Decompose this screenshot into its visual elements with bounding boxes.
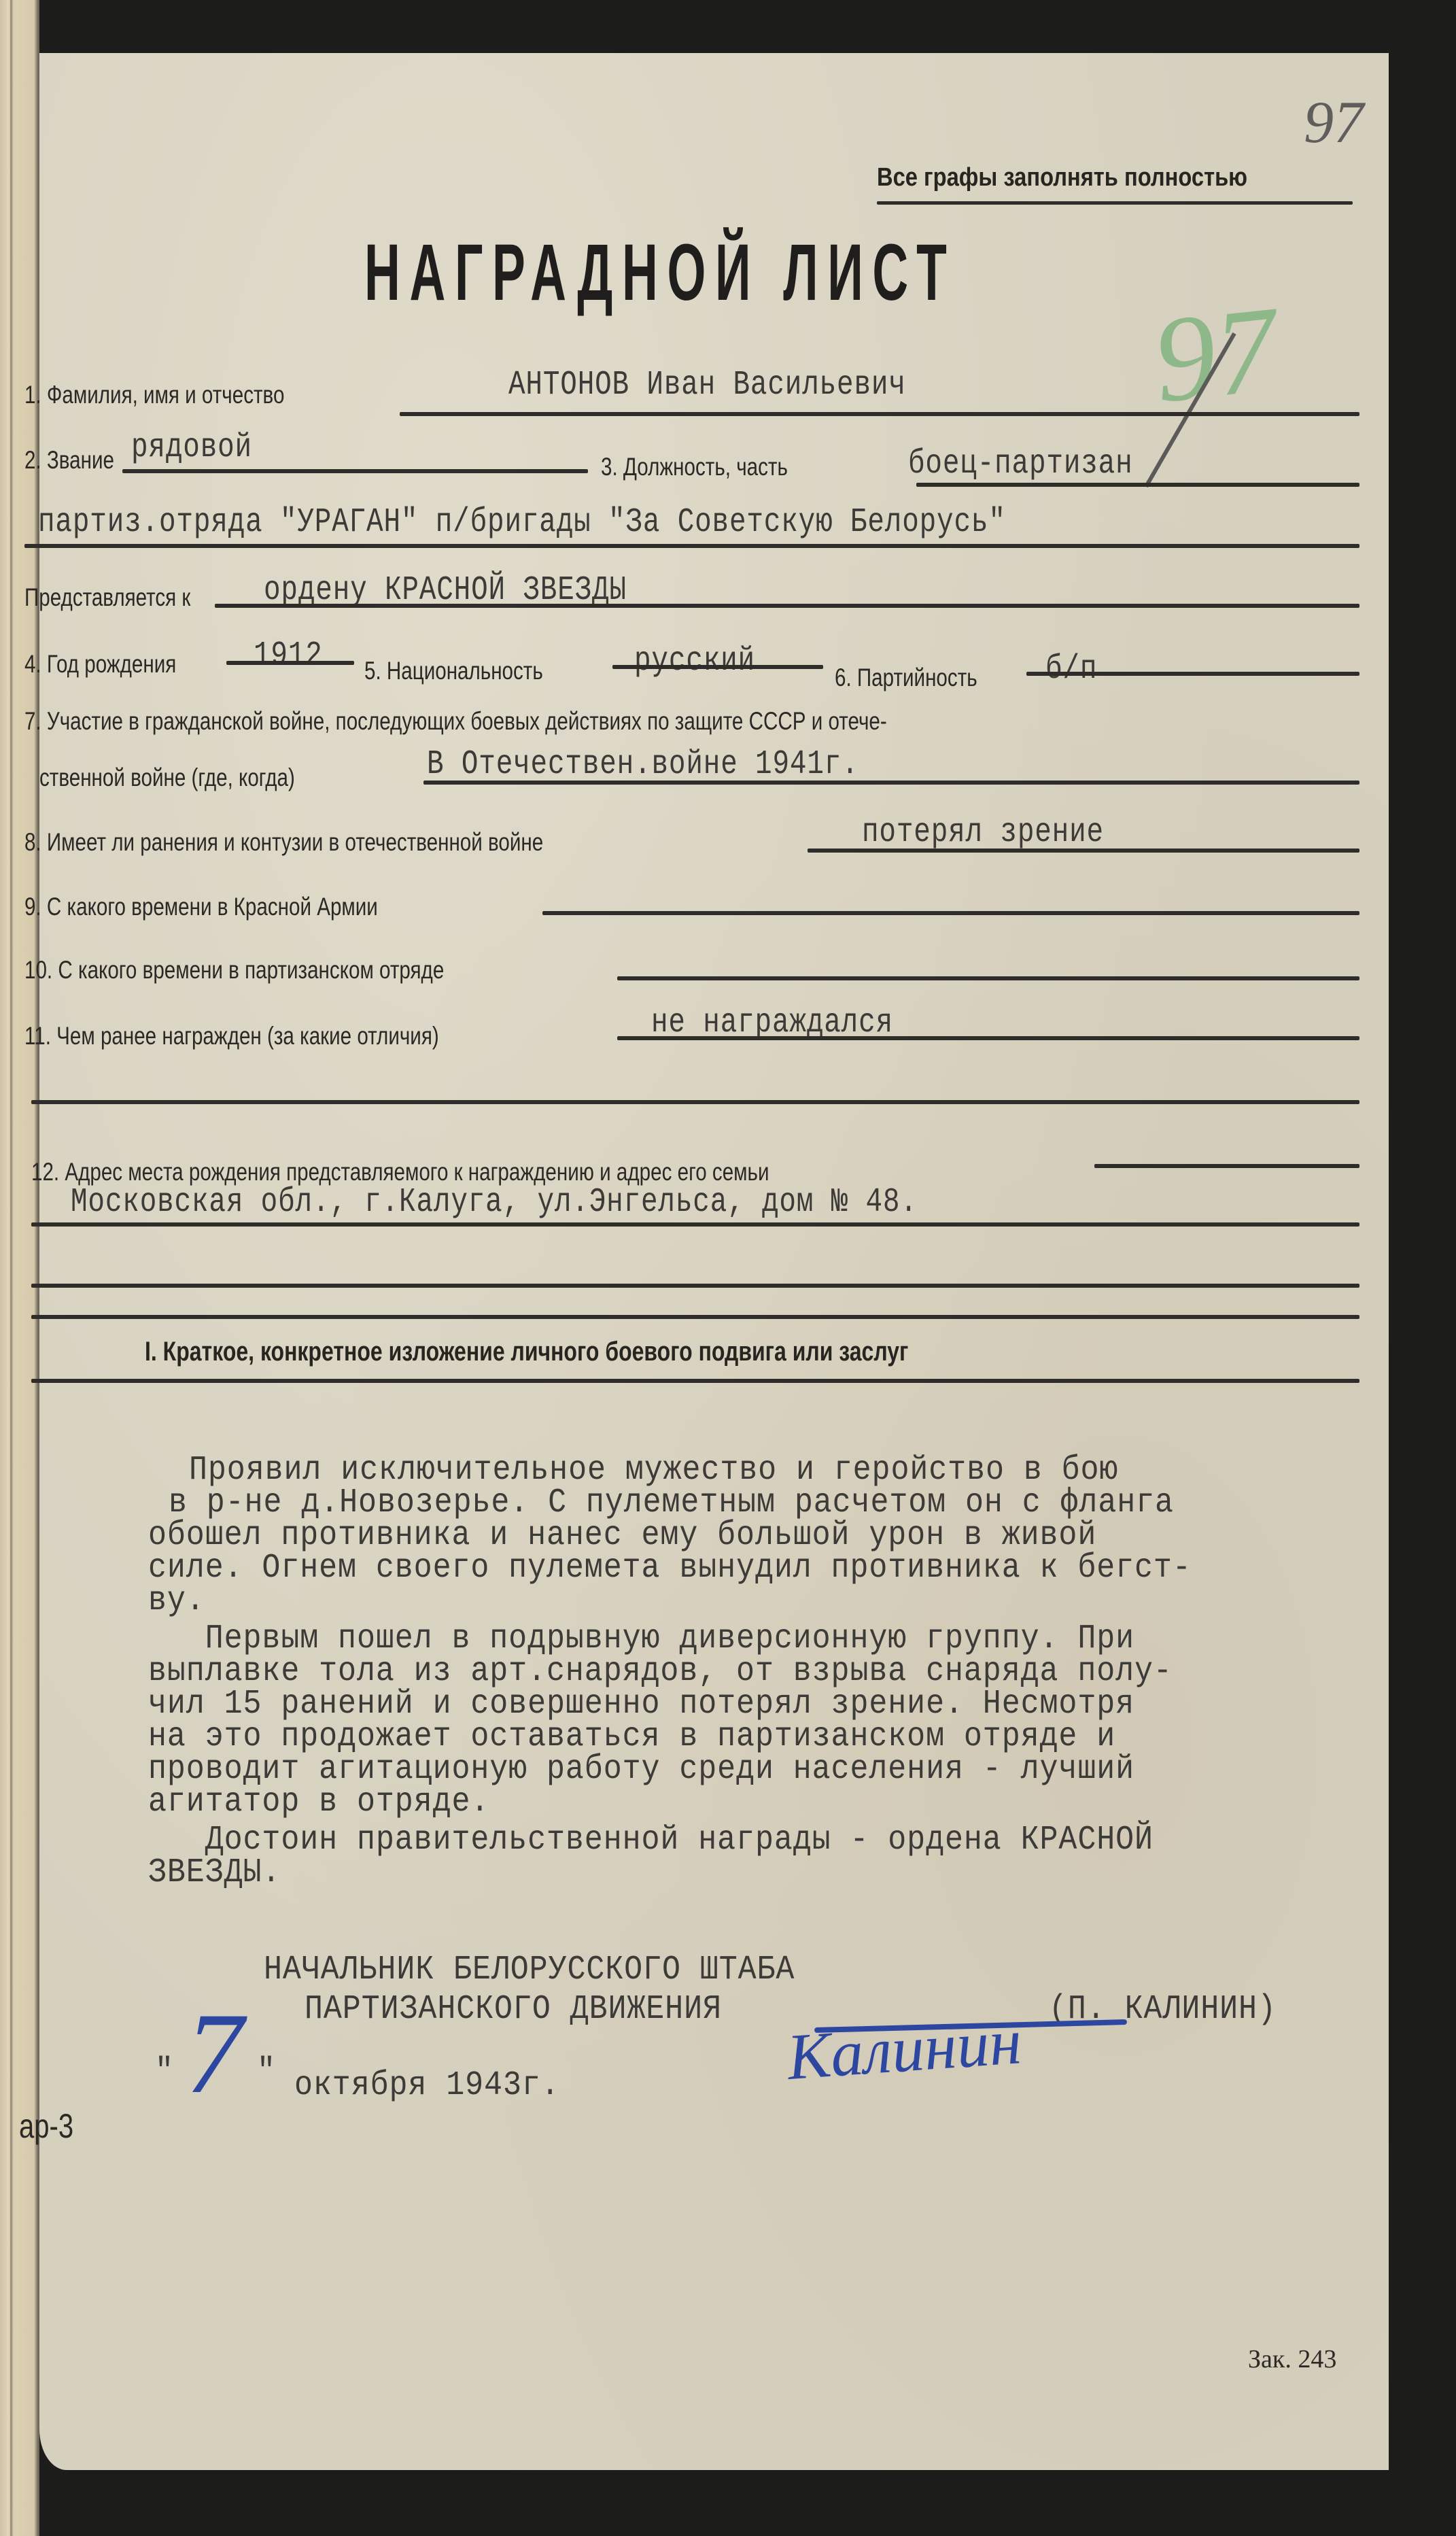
field-previous-awards-line xyxy=(617,1036,1359,1040)
field-war-participation-line xyxy=(423,781,1359,785)
field-birth-year-value[interactable]: 1912 xyxy=(254,636,323,675)
narrative-line: чил 15 ранений и совершенно потерял зрен… xyxy=(148,1687,1192,1721)
field-party-label: 6. Партийность xyxy=(835,664,977,692)
award-sheet: 97 Все графы заполнять полностью НАГРАДН… xyxy=(39,53,1389,2470)
field-birth-year-label: 4. Год рождения xyxy=(24,650,176,679)
narrative-line: выплавке тола из арт.снарядов, от взрыва… xyxy=(148,1655,1192,1689)
field-name-value[interactable]: АНТОНОВ Иван Васильевич xyxy=(508,366,906,405)
date-day: 7 xyxy=(186,1987,243,2120)
field-previous-awards-line-2 xyxy=(31,1100,1359,1104)
field-war-participation-value[interactable]: В Отечествен.войне 1941г. xyxy=(427,745,859,784)
narrative-line: Первым пошел в подрывную диверсионную гр… xyxy=(148,1622,1192,1656)
field-address-line-4 xyxy=(31,1315,1359,1319)
field-position-line xyxy=(916,483,1359,487)
field-war-participation-label-1: 7. Участие в гражданской войне, последую… xyxy=(24,707,887,736)
field-rank-label: 2. Звание xyxy=(24,446,114,475)
field-wounds-label: 8. Имеет ли ранения и контузии в отечест… xyxy=(24,828,543,857)
field-position-label: 3. Должность, часть xyxy=(601,453,788,481)
field-address-line-2 xyxy=(31,1222,1359,1227)
narrative-block: Проявил исключительное мужество и геройс… xyxy=(189,1454,1348,1890)
signer-position-line-2: ПАРТИЗАНСКОГО ДВИЖЕНИЯ xyxy=(305,1993,722,2027)
field-party-line xyxy=(1026,672,1359,676)
field-war-participation-label-2: ственной войне (где, когда) xyxy=(39,764,295,792)
field-address-label: 12. Адрес места рождения представляемого… xyxy=(31,1158,769,1186)
field-rank-value[interactable]: рядовой xyxy=(131,428,252,467)
narrative-line: ЗВЕЗДЫ. xyxy=(148,1856,1192,1890)
field-birth-year-line xyxy=(226,661,354,665)
field-name-label: 1. Фамилия, имя и отчество xyxy=(24,381,284,409)
field-address-line-3 xyxy=(31,1284,1359,1288)
field-nationality-line xyxy=(612,665,823,669)
instruction-text: Все графы заполнять полностью xyxy=(877,163,1247,192)
date-text: октября 1943г. xyxy=(294,2069,560,2103)
green-pencil-number: 97 xyxy=(1147,278,1284,431)
field-wounds-line xyxy=(808,849,1359,853)
narrative-line: силе. Огнем своего пулемета вынудил прот… xyxy=(148,1552,1192,1586)
narrative-line: агитатор в отряде. xyxy=(148,1785,1192,1819)
field-nationality-label: 5. Национальность xyxy=(364,657,543,685)
presented-to-label: Представляется к xyxy=(24,583,190,612)
field-unit-value[interactable]: партиз.отряда "УРАГАН" п/бригады "За Сов… xyxy=(38,503,1006,542)
narrative-line: на это продожает оставаться в партизанск… xyxy=(148,1720,1192,1754)
section-heading-line xyxy=(31,1379,1359,1383)
field-partisan-since-line xyxy=(617,976,1359,980)
field-rank-line xyxy=(122,469,588,473)
field-name-line xyxy=(400,412,1359,416)
field-address-value[interactable]: Московская обл., г.Калуга, ул.Энгельса, … xyxy=(71,1183,918,1222)
page-title: НАГРАДНОЙ ЛИСТ xyxy=(364,226,956,319)
date-close-quote: " xyxy=(257,2055,276,2089)
narrative-line: ву. xyxy=(148,1584,1192,1618)
presented-to-line xyxy=(215,604,1359,608)
print-order-number: Зак. 243 xyxy=(1248,2344,1336,2374)
signature: Калинин xyxy=(785,2003,1024,2095)
archive-code: ар-3 xyxy=(19,2106,73,2146)
section-heading: I. Краткое, конкретное изложение личного… xyxy=(145,1337,908,1367)
field-nationality-value[interactable]: русский xyxy=(634,642,755,681)
field-partisan-since-label: 10. С какого времени в партизанском отря… xyxy=(24,956,444,984)
field-previous-awards-label: 11. Чем ранее награжден (за какие отличи… xyxy=(24,1022,439,1050)
field-position-value[interactable]: боец-партизан xyxy=(908,445,1133,483)
field-red-army-since-label: 9. С какого времени в Красной Армии xyxy=(24,893,378,921)
narrative-line: Достоин правительственной награды - орде… xyxy=(148,1823,1192,1857)
field-red-army-since-line xyxy=(542,911,1359,915)
field-unit-line xyxy=(24,544,1359,548)
narrative-line: Проявил исключительное мужество и геройс… xyxy=(189,1454,1232,1488)
narrative-line: в р-не д.Новозерье. С пулеметным расчето… xyxy=(169,1486,1212,1520)
narrative-line: обошел противника и нанес ему большой ур… xyxy=(148,1519,1192,1553)
narrative-line: проводит агитационую работу среди населе… xyxy=(148,1753,1192,1787)
field-address-line-1 xyxy=(1094,1164,1359,1168)
date-open-quote: " xyxy=(155,2055,174,2089)
field-party-value[interactable]: б/п xyxy=(1045,650,1097,689)
archive-page-number: 97 xyxy=(1304,88,1364,157)
instruction-underline xyxy=(877,201,1353,205)
signer-position-line-1: НАЧАЛЬНИК БЕЛОРУССКОГО ШТАБА xyxy=(264,1953,795,1987)
field-wounds-value[interactable]: потерял зрение xyxy=(862,813,1104,852)
